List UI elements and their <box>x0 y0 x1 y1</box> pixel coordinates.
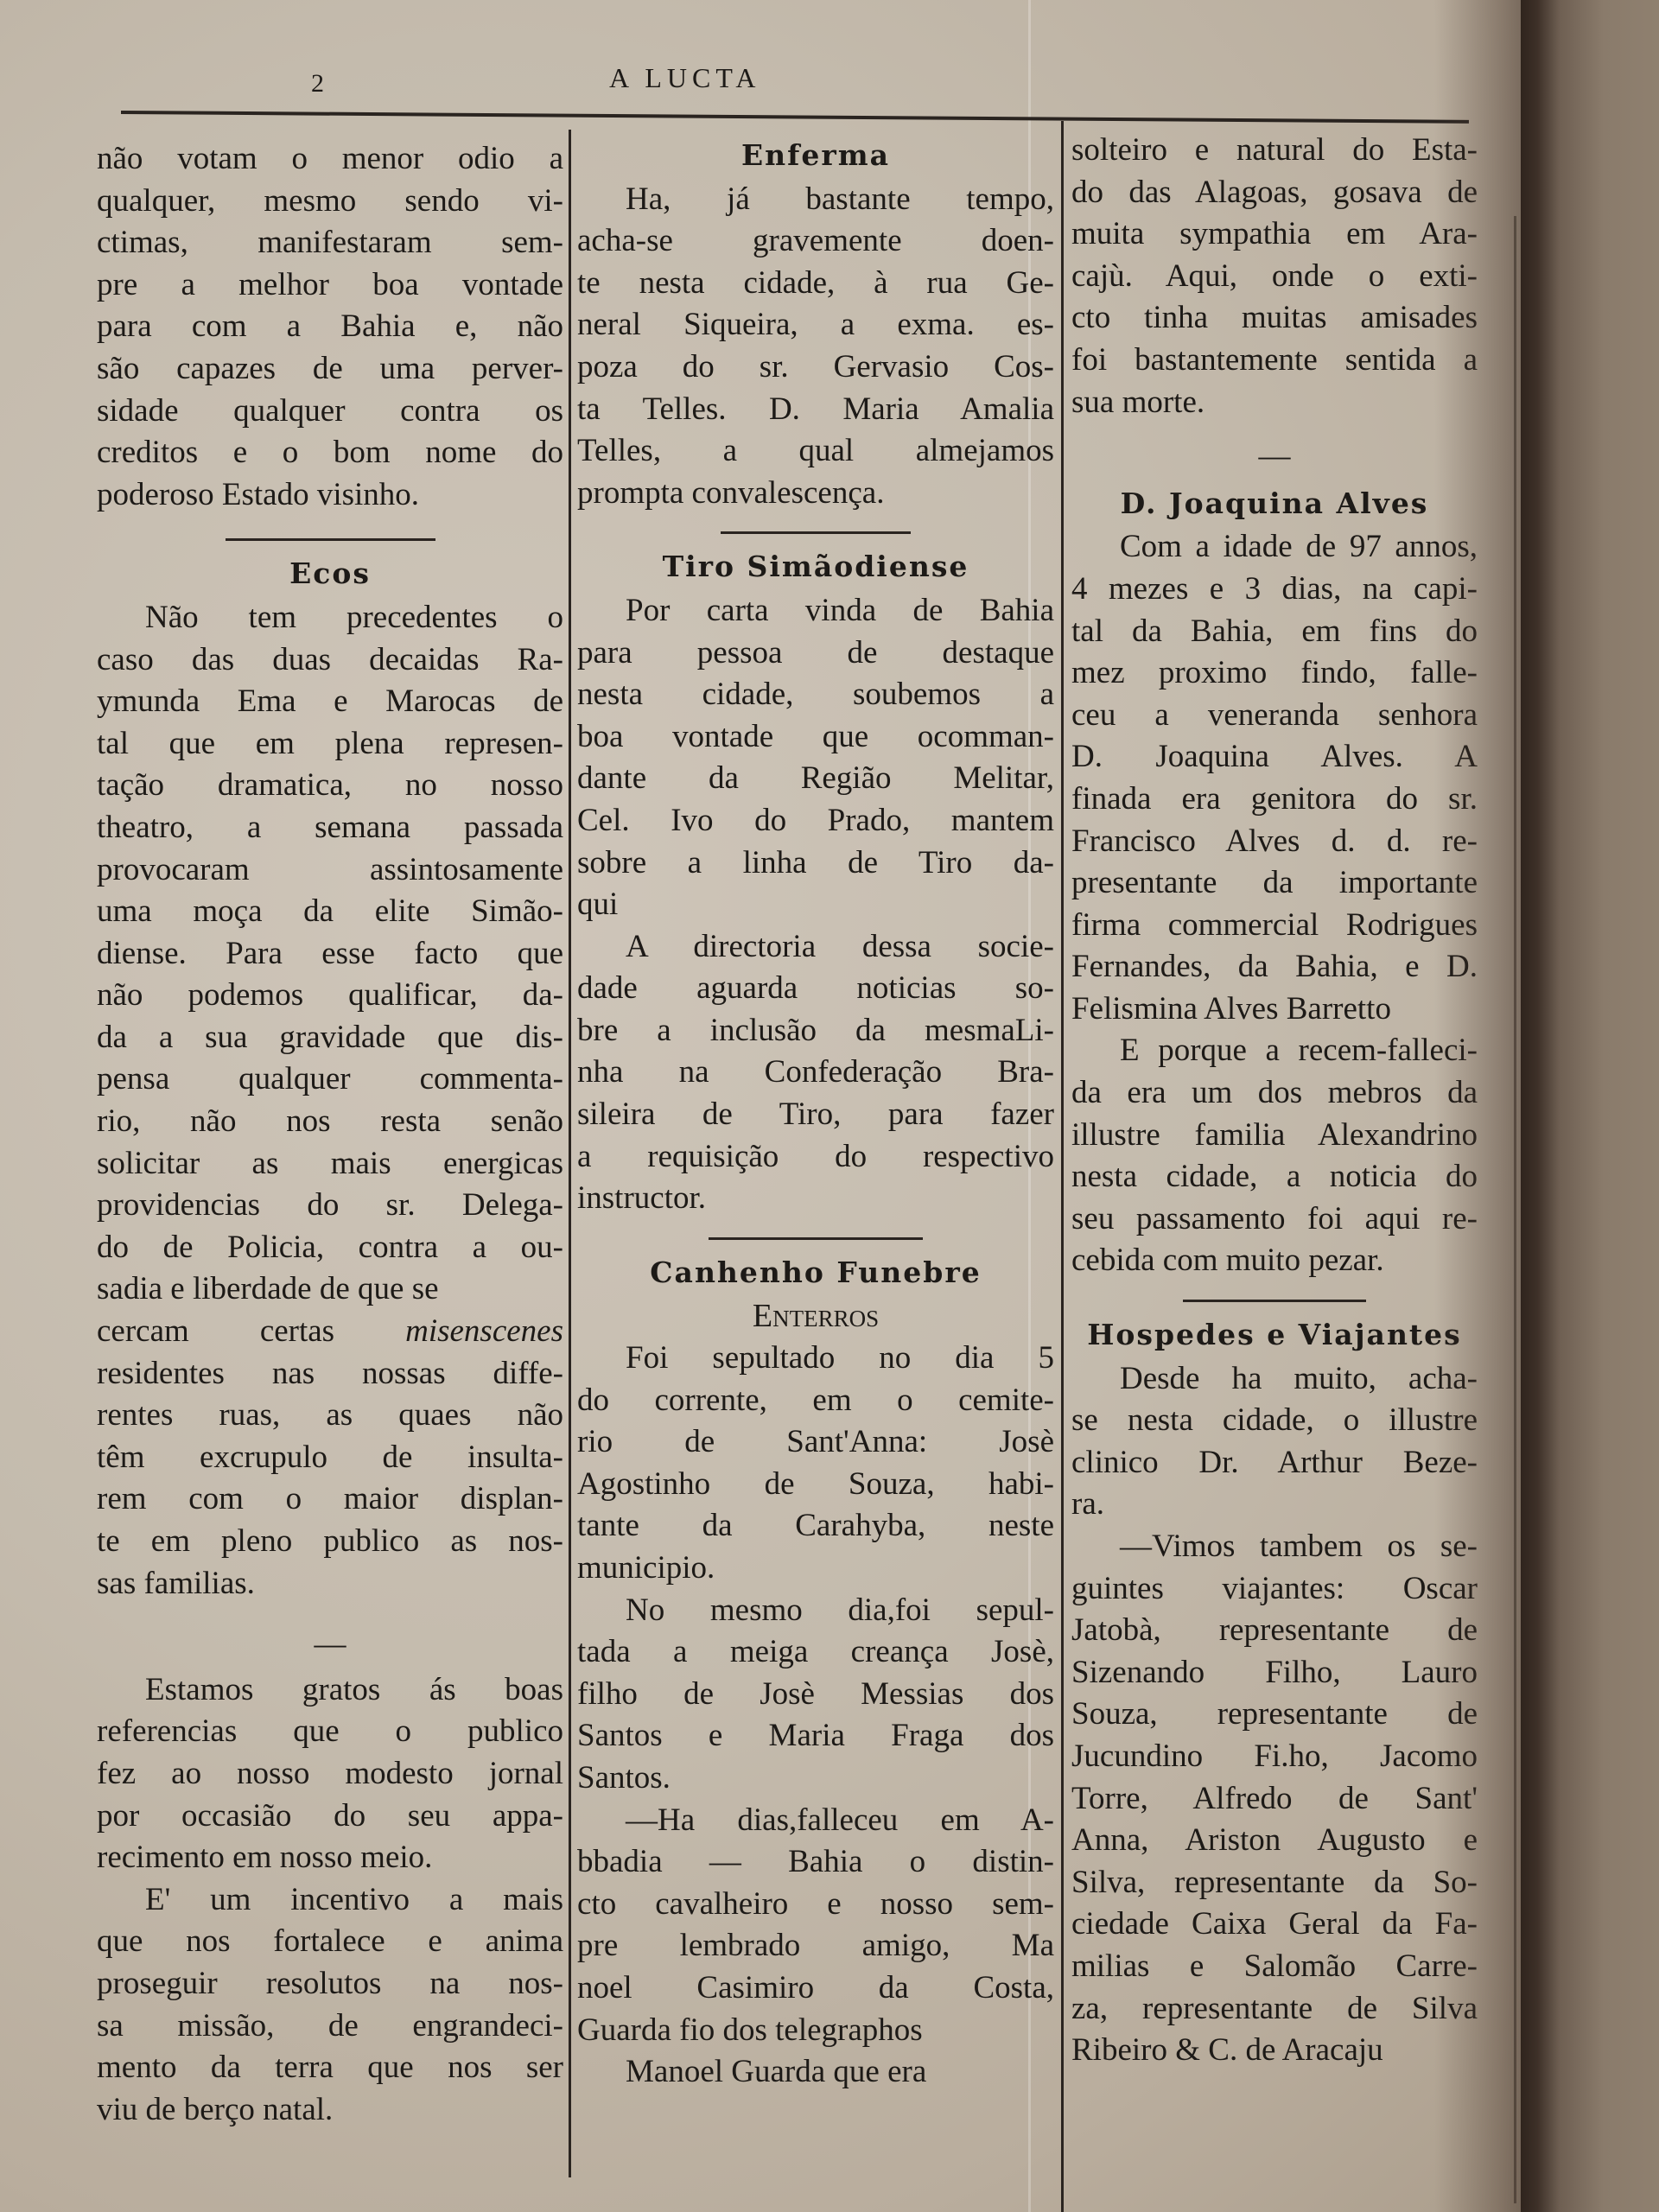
text-line: solicitar as mais energicas <box>97 1143 563 1185</box>
section-title-tiro: Tiro Simãodiense <box>577 546 1054 588</box>
text-line: para pessoa de destaque <box>577 632 1054 675</box>
text-line: theatro, a semana passada <box>97 807 563 849</box>
text-line: milias e Salomão Carre- <box>1071 1946 1478 1988</box>
text-line: bbadia — Bahia o distin- <box>577 1841 1054 1884</box>
text-line: pre lembrado amigo, Ma <box>577 1925 1054 1967</box>
text-line: Ribeiro & C. de Aracaju <box>1071 2030 1478 2072</box>
text-line: E porque a recem-falleci- <box>1071 1030 1478 1072</box>
section-divider <box>709 1237 923 1240</box>
funebre-paragraph-4: Manoel Guarda que era <box>577 2051 1054 2094</box>
text-line: boa vontade que ocomman- <box>577 716 1054 759</box>
section-title-funebre: Canhenho Funebre <box>577 1252 1054 1294</box>
text-line: foi bastantemente sentida a <box>1071 340 1478 382</box>
text-line: proseguir resolutos na nos- <box>97 1963 563 2005</box>
text-line: ctimas, manifestaram sem- <box>97 222 563 264</box>
text-line: que nos fortalece e anima <box>97 1921 563 1963</box>
text-line: referencias que o publico <box>97 1711 563 1753</box>
text-line: te em pleno publico as nos- <box>97 1521 563 1563</box>
section-title-enferma: Enferma <box>577 135 1054 177</box>
tiro-paragraph-1: Por carta vinda de Bahiapara pessoa de d… <box>577 590 1054 926</box>
enferma-text: Ha, já bastante tempo,acha-se gravemente… <box>577 179 1054 515</box>
text-line: sileira de Tiro, para fazer <box>577 1094 1054 1136</box>
obituary-continuation: solteiro e natural do Esta-do das Alagoa… <box>1071 130 1478 423</box>
text-line: Não tem precedentes o <box>97 597 563 639</box>
text-line: firma commercial Rodrigues <box>1071 905 1478 947</box>
text-line: tada a meiga creança Josè, <box>577 1631 1054 1674</box>
text-line: bre a inclusão da mesmaLi- <box>577 1010 1054 1052</box>
funebre-paragraph-2: No mesmo dia,foi sepul-tada a meiga crea… <box>577 1590 1054 1800</box>
text-line: não podemos qualificar, da- <box>97 975 563 1017</box>
section-title-joaquina: D. Joaquina Alves <box>1071 483 1478 525</box>
text-line: a requisição do respectivo <box>577 1136 1054 1179</box>
text-line: mento da terra que nos ser <box>97 2047 563 2089</box>
text-line: dante da Região Melitar, <box>577 758 1054 800</box>
text-line: têm excrupulo de insulta- <box>97 1437 563 1479</box>
page-header: 2 A LUCTA <box>104 52 1486 121</box>
text-line: Estamos gratos ás boas <box>97 1669 563 1712</box>
text-line: viu de berço natal. <box>97 2089 563 2132</box>
text-line: Francisco Alves d. d. re- <box>1071 821 1478 863</box>
text-line: nesta cidade, soubemos a <box>577 674 1054 716</box>
text-line: solteiro e natural do Esta- <box>1071 130 1478 172</box>
text-line: Manoel Guarda que era <box>577 2051 1054 2094</box>
section-divider <box>1183 1300 1366 1302</box>
text-line: Desde ha muito, acha- <box>1071 1358 1478 1401</box>
text-line: cto tinha muitas amisades <box>1071 297 1478 340</box>
tiro-paragraph-2: A directoria dessa socie-dade aguarda no… <box>577 926 1054 1220</box>
separator-dash: — <box>97 1624 563 1666</box>
text-line: poderoso Estado visinho. <box>97 474 563 517</box>
text-line: rio de Sant'Anna: Josè <box>577 1421 1054 1464</box>
text-line: Guarda fio dos telegraphos <box>577 2010 1054 2052</box>
text-line: guintes viajantes: Oscar <box>1071 1568 1478 1611</box>
text-line: ciedade Caixa Geral da Fa- <box>1071 1904 1478 1946</box>
text-line: acha-se gravemente doen- <box>577 220 1054 263</box>
ecos-paragraph-1-tail: residentes nas nossas diffe-rentes ruas,… <box>97 1353 563 1605</box>
text-line: nesta cidade, a noticia do <box>1071 1156 1478 1198</box>
text-line: Torre, Alfredo de Sant' <box>1071 1778 1478 1821</box>
text-line: No mesmo dia,foi sepul- <box>577 1590 1054 1632</box>
text-line: Agostinho de Souza, habi- <box>577 1464 1054 1506</box>
text-line: filho de Josè Messias dos <box>577 1674 1054 1716</box>
text-line: do de Policia, contra a ou- <box>97 1227 563 1269</box>
text-line: Silva, representante da So- <box>1071 1862 1478 1904</box>
text-line: Telles, a qual almejamos <box>577 430 1054 473</box>
text-line: rem com o maior displan- <box>97 1478 563 1521</box>
text-line: Santos e Maria Fraga dos <box>577 1715 1054 1758</box>
masthead-title: A LUCTA <box>609 62 760 94</box>
funebre-paragraph-1: Foi sepultado no dia 5do corrente, em o … <box>577 1338 1054 1590</box>
text-line: creditos e o bom nome do <box>97 432 563 474</box>
text-line: za, representante de Silva <box>1071 1988 1478 2031</box>
text-line: tação dramatica, no nosso <box>97 765 563 807</box>
page-number: 2 <box>311 69 324 99</box>
ecos-paragraph-1: Não tem precedentes ocaso das duas decai… <box>97 597 563 1311</box>
section-subtitle-enterros: Enterros <box>577 1295 1054 1338</box>
text-line: Anna, Ariston Augusto e <box>1071 1820 1478 1862</box>
text-line: cto cavalheiro e nosso sem- <box>577 1884 1054 1926</box>
text-line: ta Telles. D. Maria Amalia <box>577 389 1054 431</box>
adjacent-page-edge <box>1521 0 1659 2212</box>
text-line: se nesta cidade, o illustre <box>1071 1400 1478 1442</box>
text-line: rio, não nos resta senão <box>97 1101 563 1143</box>
section-divider <box>721 531 912 534</box>
text-line: para com a Bahia e, não <box>97 306 563 348</box>
text-line: rentes ruas, as quaes não <box>97 1395 563 1437</box>
text-line: Foi sepultado no dia 5 <box>577 1338 1054 1380</box>
column-1: não votam o menor odio aqualquer, mesmo … <box>97 138 563 2131</box>
text-line: poza do sr. Gervasio Cos- <box>577 346 1054 389</box>
text-line: instructor. <box>577 1178 1054 1220</box>
hospedes-paragraph-2: —Vimos tambem os se-guintes viajantes: O… <box>1071 1526 1478 2072</box>
text-line: recimento em nosso meio. <box>97 1837 563 1879</box>
text-line: E' um incentivo a mais <box>97 1879 563 1922</box>
text-line: —Vimos tambem os se- <box>1071 1526 1478 1568</box>
text-line: Santos. <box>577 1758 1054 1800</box>
text-line: sidade qualquer contra os <box>97 391 563 433</box>
text-line: Ha, já bastante tempo, <box>577 179 1054 221</box>
text-line: clinico Dr. Arthur Beze- <box>1071 1442 1478 1484</box>
text-line: Sizenando Filho, Lauro <box>1071 1652 1478 1694</box>
ecos-paragraph-2: Estamos gratos ás boasreferencias que o … <box>97 1669 563 1879</box>
text-line: presentante da importante <box>1071 862 1478 905</box>
text-line: provocaram assintosamente <box>97 849 563 892</box>
text-line: noel Casimiro da Costa, <box>577 1967 1054 2010</box>
italic-word: misenscenes <box>405 1313 563 1349</box>
text-line: não votam o menor odio a <box>97 138 563 181</box>
text-line: —Ha dias,falleceu em A- <box>577 1800 1054 1842</box>
text-line: municipio. <box>577 1548 1054 1590</box>
text-line: muita sympathia em Ara- <box>1071 213 1478 256</box>
text-line: sua morte. <box>1071 382 1478 424</box>
section-title-ecos: Ecos <box>97 553 563 595</box>
text-line: prompta convalescença. <box>577 473 1054 515</box>
column-rule-1 <box>569 130 571 2177</box>
text-line: sobre a linha de Tiro da- <box>577 842 1054 885</box>
header-rule <box>121 111 1469 124</box>
column-3: solteiro e natural do Esta-do das Alagoa… <box>1071 130 1478 2072</box>
text-line: Fernandes, da Bahia, e D. <box>1071 946 1478 988</box>
separator-dash: — <box>1071 435 1478 478</box>
text-line: Com a idade de 97 annos, <box>1071 526 1478 569</box>
text-line: nha na Confederação Bra- <box>577 1052 1054 1094</box>
text-line: residentes nas nossas diffe- <box>97 1353 563 1395</box>
text-line: illustre familia Alexandrino <box>1071 1115 1478 1157</box>
text-line: Souza, representante de <box>1071 1694 1478 1736</box>
text-line: cebida com muito pezar. <box>1071 1240 1478 1282</box>
text-line: Por carta vinda de Bahia <box>577 590 1054 632</box>
text-line: sadia e liberdade de que se <box>97 1268 563 1311</box>
text-line: da a sua gravidade que dis- <box>97 1017 563 1059</box>
text-line: tante da Carahyba, neste <box>577 1505 1054 1548</box>
intro-text: não votam o menor odio aqualquer, mesmo … <box>97 138 563 516</box>
text-line: ymunda Ema e Marocas de <box>97 681 563 723</box>
text-line: diense. Para esse facto que <box>97 933 563 976</box>
text-line: neral Siqueira, a exma. es- <box>577 304 1054 346</box>
hospedes-paragraph-1: Desde ha muito, acha-se nesta cidade, o … <box>1071 1358 1478 1526</box>
column-2: Enferma Ha, já bastante tempo,acha-se gr… <box>577 130 1054 2094</box>
ecos-paragraph-3: E' um incentivo a maisque nos fortalece … <box>97 1879 563 2132</box>
text-line: A directoria dessa socie- <box>577 926 1054 969</box>
text-line: qualquer, mesmo sendo vi- <box>97 181 563 223</box>
text-line: 4 mezes e 3 dias, na capi- <box>1071 569 1478 611</box>
text-line: Jucundino Fi.ho, Jacomo <box>1071 1736 1478 1778</box>
text-line: mez proximo findo, falle- <box>1071 652 1478 695</box>
section-divider <box>226 538 435 541</box>
text-line: tal que em plena represen- <box>97 723 563 766</box>
text-line: ra. <box>1071 1484 1478 1526</box>
section-title-hospedes: Hospedes e Viajantes <box>1071 1314 1478 1357</box>
text-line-italic: cercam certas misenscenes <box>97 1311 563 1353</box>
text-line: sa missão, de engrandeci- <box>97 2005 563 2048</box>
text-line: caso das duas decaidas Ra- <box>97 639 563 682</box>
text-line: tal da Bahia, em fins do <box>1071 611 1478 653</box>
text-line: fez ao nosso modesto jornal <box>97 1753 563 1796</box>
text-line: seu passamento foi aqui re- <box>1071 1198 1478 1241</box>
newspaper-page: 2 A LUCTA não votam o menor odio aqualqu… <box>0 0 1659 2212</box>
text-line: pre a melhor boa vontade <box>97 264 563 307</box>
text-line: por occasião do seu appa- <box>97 1796 563 1838</box>
text-line: Cel. Ivo do Prado, mantem <box>577 800 1054 842</box>
joaquina-paragraph-2: E porque a recem-falleci-da era um dos m… <box>1071 1030 1478 1282</box>
text-line: uma moça da elite Simão- <box>97 891 563 933</box>
text-line: do corrente, em o cemite- <box>577 1380 1054 1422</box>
joaquina-paragraph-1: Com a idade de 97 annos,4 mezes e 3 dias… <box>1071 526 1478 1030</box>
text-line: sas familias. <box>97 1563 563 1605</box>
text-line: providencias do sr. Delega- <box>97 1185 563 1227</box>
text-line: da era um dos mebros da <box>1071 1072 1478 1115</box>
text-line: pensa qualquer commenta- <box>97 1058 563 1101</box>
text-line: finada era genitora do sr. <box>1071 779 1478 821</box>
text-line: qui <box>577 884 1054 926</box>
text-line: cajù. Aqui, onde o exti- <box>1071 256 1478 298</box>
funebre-paragraph-3: —Ha dias,falleceu em A-bbadia — Bahia o … <box>577 1800 1054 2052</box>
column-rule-2 <box>1061 121 1064 2212</box>
text-line: são capazes de uma perver- <box>97 348 563 391</box>
text-line: dade aguarda noticias so- <box>577 968 1054 1010</box>
text-line: D. Joaquina Alves. A <box>1071 736 1478 779</box>
text-line: Jatobà, representante de <box>1071 1610 1478 1652</box>
text-line: ceu a veneranda senhora <box>1071 695 1478 737</box>
text-line: do das Alagoas, gosava de <box>1071 172 1478 214</box>
text-line: Felismina Alves Barretto <box>1071 988 1478 1031</box>
text-line: te nesta cidade, à rua Ge- <box>577 263 1054 305</box>
